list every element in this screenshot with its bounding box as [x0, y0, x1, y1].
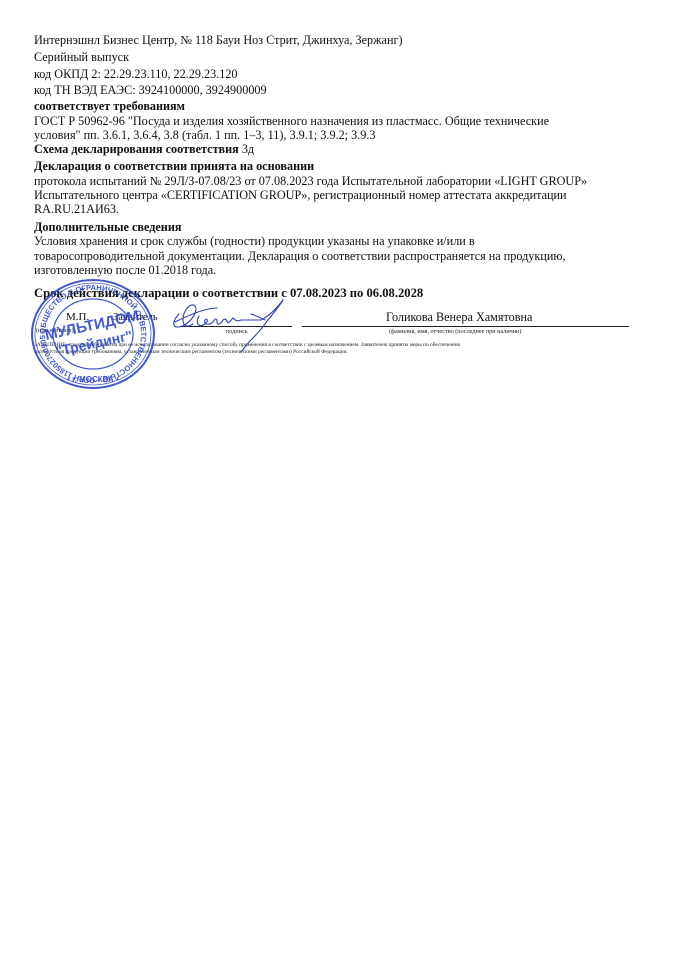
handwritten-signature [165, 294, 305, 354]
manufacturer-address: Интернэшнл Бизнес Центр, № 118 Бауи Ноз … [34, 33, 403, 48]
scheme-value: 3д [242, 142, 254, 156]
additional-line-1: Условия хранения и срок службы (годности… [34, 234, 475, 249]
tnved-code: код ТН ВЭД ЕАЭС: 3924100000, 3924900009 [34, 83, 267, 98]
requirements-line-1: ГОСТ Р 50962-96 "Посуда и изделия хозяйс… [34, 114, 549, 129]
requirements-line-2: условия" пп. 3.6.1, 3.6.4, 3.8 (табл. 1 … [34, 128, 376, 143]
name-line [302, 326, 629, 327]
company-seal-stamp: ОБЩЕСТВО С ОГРАНИЧЕННОЙ ОТВЕТСТВЕННОСТЬЮ… [29, 278, 157, 390]
production-type: Серийный выпуск [34, 50, 129, 65]
scheme-label: Схема декларирования соответствия [34, 142, 239, 156]
basis-line-2: Испытательного центра «CERTIFICATION GRO… [34, 188, 567, 203]
requirements-heading: соответствует требованиям [34, 99, 185, 114]
basis-heading: Декларация о соответствии принята на осн… [34, 159, 314, 174]
basis-line-1: протокола испытаний № 29Л/З-07.08/23 от … [34, 174, 587, 189]
additional-line-3: изготовленную после 01.2018 года. [34, 263, 216, 278]
stamp-city: • г. МОСКВА • [67, 375, 119, 384]
scheme-row: Схема декларирования соответствия 3д [34, 142, 254, 157]
basis-line-3: RA.RU.21АИ63. [34, 202, 119, 217]
name-caption: (фамилия, имя, отчество (последнее при н… [389, 328, 521, 335]
additional-line-2: товаросопроводительной документации. Дек… [34, 249, 566, 264]
additional-heading: Дополнительные сведения [34, 220, 181, 235]
declaration-page: Интернэшнл Бизнес Центр, № 118 Бауи Ноз … [0, 0, 693, 980]
okpd-code: код ОКПД 2: 22.29.23.110, 22.29.23.120 [34, 67, 238, 82]
applicant-name: Голикова Венера Хамятовна [386, 310, 532, 325]
